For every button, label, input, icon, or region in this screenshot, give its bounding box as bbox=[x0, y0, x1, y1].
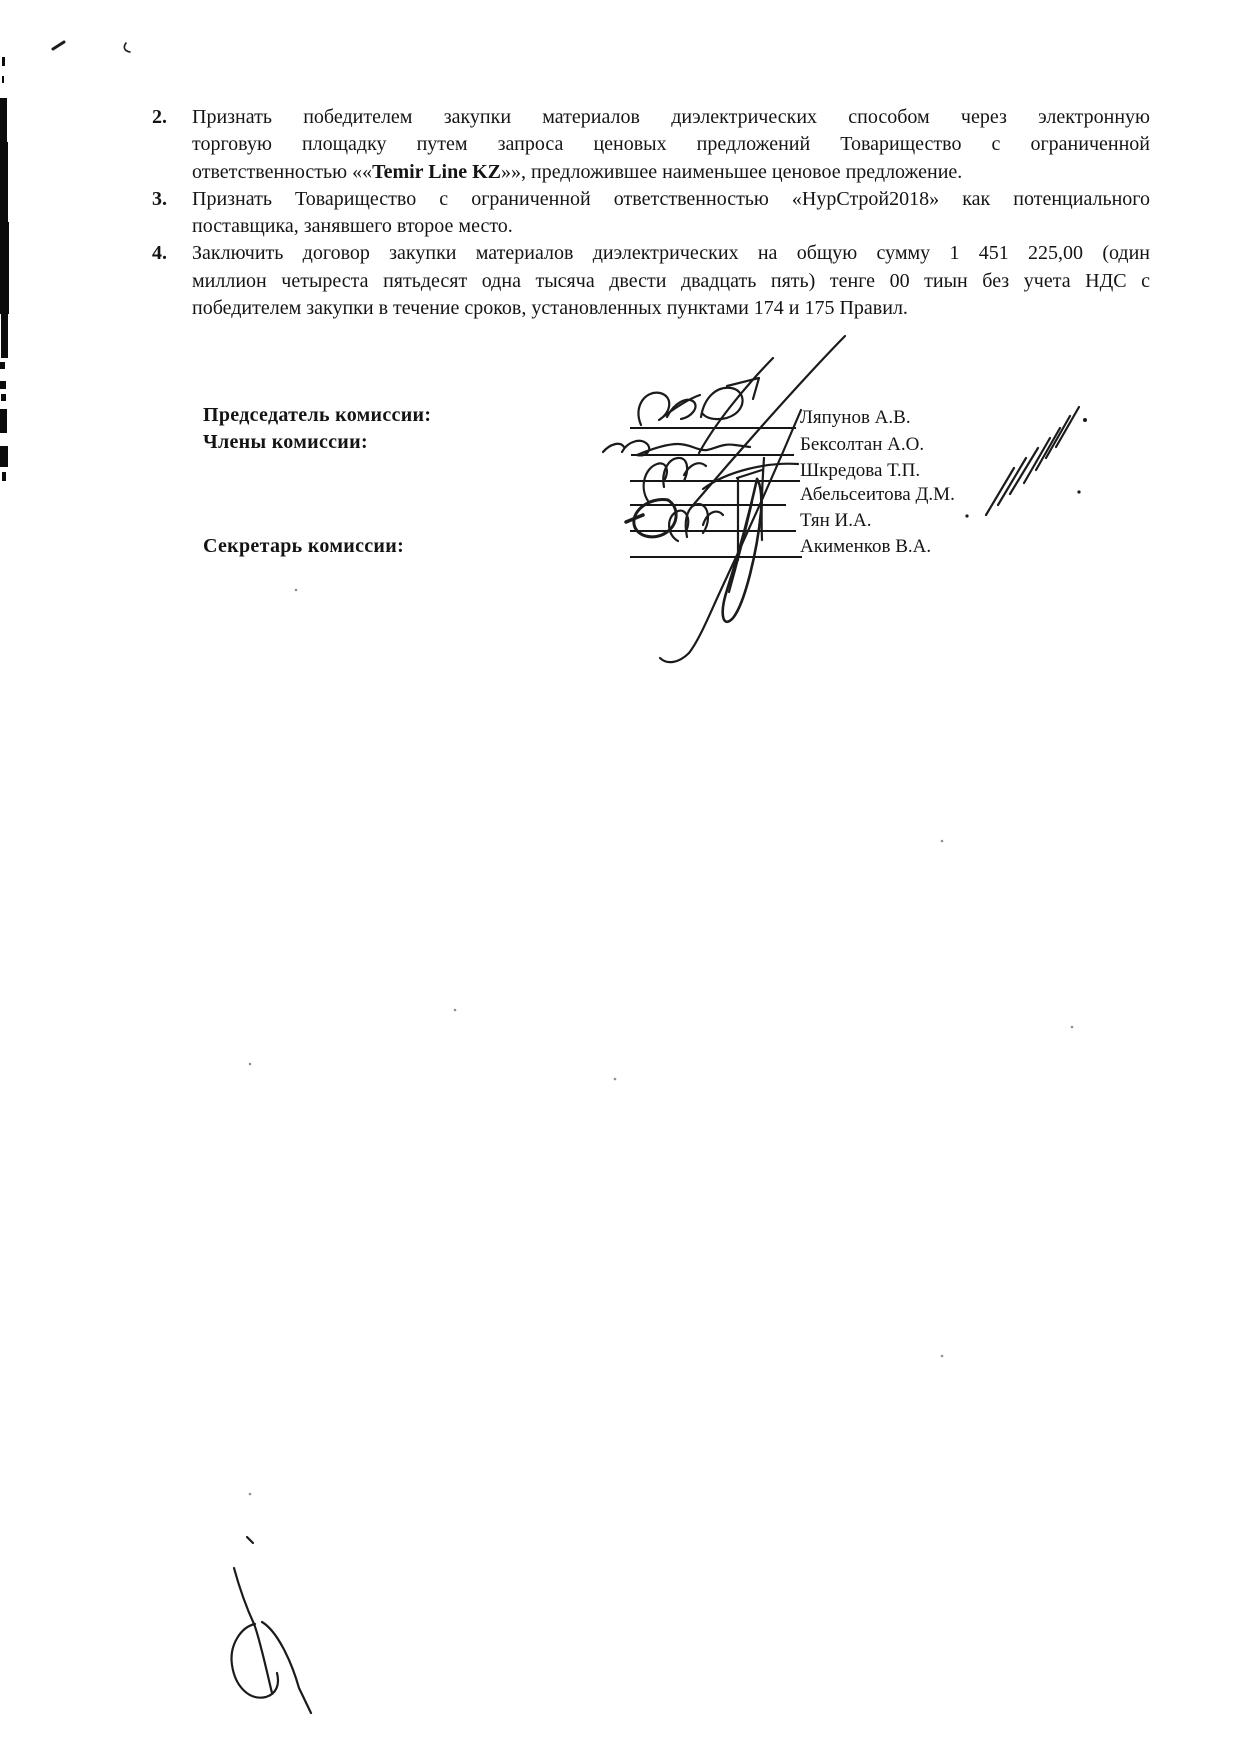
scan-speck bbox=[941, 840, 944, 843]
ink-stroke bbox=[234, 1568, 272, 1693]
signature-line bbox=[631, 454, 794, 456]
ink-stroke bbox=[1024, 438, 1050, 483]
ink-stroke bbox=[727, 378, 759, 399]
list-item-line: победителем закупки в течение сроков, ус… bbox=[192, 295, 1150, 322]
signatory-name: Бексолтан А.О. bbox=[800, 434, 924, 456]
ink-stroke bbox=[701, 388, 743, 419]
ink-stroke bbox=[667, 400, 696, 419]
scan-noise-specks bbox=[249, 589, 1074, 1496]
ink-stroke bbox=[644, 463, 667, 501]
signature-abelseitova-ink bbox=[703, 458, 798, 540]
list-item-number: 2. bbox=[152, 104, 184, 131]
signature-line bbox=[630, 504, 786, 506]
signature-tyan-ink bbox=[669, 478, 738, 560]
ink-stroke bbox=[1036, 428, 1060, 470]
scan-streak bbox=[2, 57, 5, 66]
ink-stroke bbox=[998, 458, 1026, 505]
signature-hatch-marks-ink bbox=[965, 407, 1087, 518]
scan-speck bbox=[249, 1493, 252, 1496]
ink-stroke bbox=[232, 1624, 278, 1698]
scan-speck bbox=[249, 1063, 252, 1066]
list-item-line: торговую площадку путем запроса ценовых … bbox=[192, 131, 1150, 158]
ink-stroke bbox=[986, 468, 1014, 515]
ink-stroke bbox=[1046, 416, 1070, 458]
scan-streak bbox=[1, 394, 6, 401]
list-item-line: миллион четыреста пятьдесят одна тысяча … bbox=[192, 268, 1150, 295]
ink-stroke bbox=[603, 444, 624, 452]
list-item: 3. Признать Товарищество с ограниченной … bbox=[152, 186, 1150, 241]
scan-speck bbox=[454, 1009, 457, 1012]
ink-dot bbox=[1083, 418, 1087, 422]
text-segment: »», предложившее наименьшее ценовое пред… bbox=[501, 161, 962, 183]
stray-pen-mark-ink bbox=[232, 1537, 311, 1713]
scan-streak bbox=[0, 222, 9, 314]
scan-speck bbox=[1071, 1026, 1074, 1029]
signatory-name: Тян И.А. bbox=[800, 510, 871, 532]
ink-stroke bbox=[703, 512, 723, 525]
resolution-list: 2. Признать победителем закупки материал… bbox=[152, 104, 1150, 322]
signatory-name: Шкредова Т.П. bbox=[800, 460, 920, 482]
signature-line bbox=[630, 480, 800, 482]
ink-dot bbox=[1077, 490, 1080, 493]
signature-lyapunov-ink bbox=[638, 378, 759, 425]
ink-stroke bbox=[737, 470, 762, 478]
list-item: 4. Заключить договор закупки материалов … bbox=[152, 240, 1150, 322]
ink-stroke bbox=[669, 511, 688, 541]
list-item-line: поставщика, занявшего второе место. bbox=[192, 213, 1150, 240]
text-segment: победителем закупки в течение сроков, ус… bbox=[192, 297, 908, 319]
document-page: 2. Признать победителем закупки материал… bbox=[0, 0, 1240, 1754]
list-item-line: Признать Товарищество с ограниченной отв… bbox=[192, 186, 1150, 213]
signature-line bbox=[630, 530, 796, 532]
ink-stroke bbox=[703, 464, 798, 489]
ink-stroke bbox=[723, 479, 762, 622]
ink-stroke bbox=[663, 458, 687, 487]
scan-speck bbox=[614, 1078, 617, 1081]
ink-dot bbox=[965, 514, 968, 517]
scan-streak bbox=[0, 381, 6, 389]
signature-line bbox=[630, 427, 796, 429]
text-segment-bold: Temir Line KZ bbox=[372, 161, 501, 183]
list-item-line: ответственностью ««Temir Line KZ»», пред… bbox=[192, 159, 1150, 186]
ink-stroke bbox=[686, 504, 708, 537]
scan-streak bbox=[2, 472, 6, 481]
list-item-number: 3. bbox=[152, 186, 184, 213]
role-label-secretary: Секретарь комиссии: bbox=[203, 535, 404, 558]
role-label-members: Члены комиссии: bbox=[203, 431, 368, 454]
signature-line bbox=[630, 556, 802, 558]
ink-stroke bbox=[1010, 448, 1038, 494]
ink-stroke bbox=[729, 502, 752, 592]
scan-speck bbox=[124, 43, 130, 52]
list-item-line: Заключить договор закупки материалов диэ… bbox=[192, 240, 1150, 267]
scan-speck bbox=[941, 1355, 944, 1358]
scan-streak bbox=[0, 446, 8, 467]
scan-speck bbox=[53, 42, 64, 49]
scan-streak bbox=[0, 362, 5, 369]
signatory-name: Ляпунов А.В. bbox=[800, 407, 911, 429]
signatory-name: Акименков В.А. bbox=[800, 536, 931, 558]
ink-stroke bbox=[626, 515, 643, 522]
scan-streak bbox=[2, 76, 4, 83]
scan-speck bbox=[295, 589, 298, 592]
list-item-line: Признать победителем закупки материалов … bbox=[192, 104, 1150, 131]
ink-stroke bbox=[699, 358, 773, 453]
scan-streak bbox=[0, 409, 7, 433]
ink-stroke bbox=[262, 1622, 311, 1713]
ink-stroke bbox=[660, 653, 689, 662]
text-segment: ответственностью «« bbox=[192, 161, 372, 183]
role-label-chairman: Председатель комиссии: bbox=[203, 404, 431, 427]
scan-streak bbox=[0, 98, 7, 142]
ink-stroke bbox=[247, 1537, 253, 1543]
list-item: 2. Признать победителем закупки материал… bbox=[152, 104, 1150, 186]
scan-speck-marks bbox=[53, 42, 130, 52]
list-item-number: 4. bbox=[152, 240, 184, 267]
text-segment: поставщика, занявшего второе место. bbox=[192, 215, 513, 237]
signatory-name: Абельсеитова Д.М. bbox=[800, 484, 955, 506]
signature-akimenkov-ink bbox=[660, 410, 801, 662]
ink-stroke bbox=[684, 463, 706, 475]
ink-stroke bbox=[638, 393, 700, 425]
ink-stroke bbox=[762, 458, 764, 540]
signature-shkredova-ink bbox=[626, 458, 762, 537]
ink-stroke bbox=[1056, 407, 1079, 447]
scan-artifact-left-edge bbox=[0, 57, 9, 481]
scan-streak bbox=[0, 142, 8, 222]
scan-streak bbox=[1, 314, 8, 358]
